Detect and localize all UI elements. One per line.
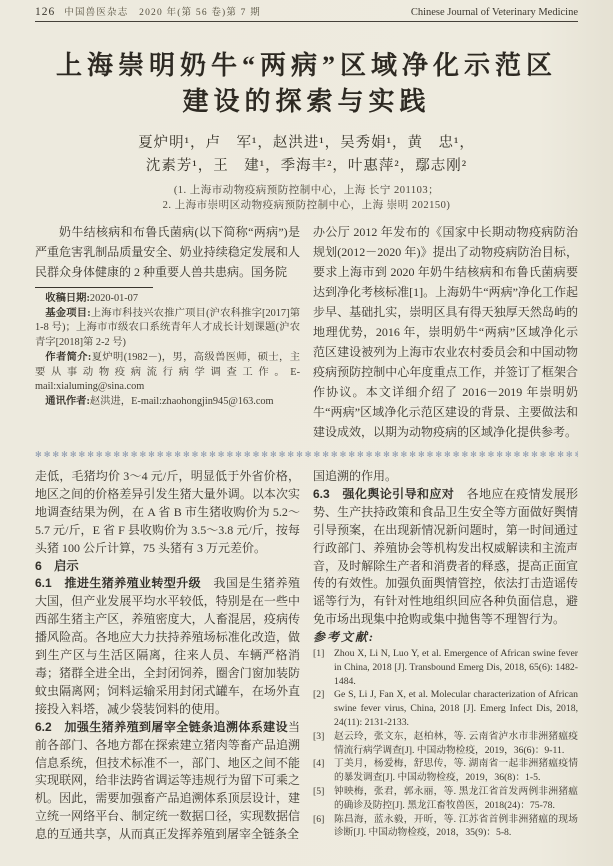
running-head: 126 中国兽医杂志 2020 年(第 56 卷)第 7 期 Chinese J… bbox=[35, 0, 578, 22]
reference-number: [5] bbox=[313, 785, 334, 813]
footnote-corresponding-author: 通讯作者:赵洪进，E-mail:zhaohongjin945@163.com bbox=[35, 395, 300, 410]
section-6-2-paragraph: 6.2 加强生猪养殖到屠宰全链条追溯体系建设当前各部门、各地方都在探索建立猪肉等… bbox=[35, 719, 300, 844]
reference-number: [3] bbox=[313, 730, 334, 758]
footnote-label: 收稿日期: bbox=[45, 293, 90, 304]
article-title: 上海崇明奶牛“两病”区域净化示范区 建设的探索与实践 bbox=[35, 48, 578, 120]
author-line2: 沈素芳¹，王 建¹，季海丰²，叶惠萍²，鄢志刚² bbox=[35, 155, 578, 178]
section-6-2-lead: 6.2 加强生猪养殖到屠宰全链条追溯体系建设 bbox=[35, 720, 288, 734]
body-paragraph: 走低，毛猪均价 3～4 元/斤，明显低于外省价格，地区之间的价格差异引发生猪大量… bbox=[35, 468, 300, 558]
section-6-1-text: 我国是生猪养殖大国，但产业发展平均水平较低，特别是在一些中西部生猪主产区，养殖密… bbox=[35, 576, 300, 715]
section-6-3-text: 各地应在疫情发展形势、生产扶持政策和食品卫生安全等方面做好舆情引导预案，在出现新… bbox=[313, 487, 578, 626]
body-columns: 走低，毛猪均价 3～4 元/斤，明显低于外省价格，地区之间的价格差异引发生猪大量… bbox=[35, 468, 578, 844]
journal-name-english: Chinese Journal of Veterinary Medicine bbox=[411, 7, 578, 18]
article-title-line2: 建设的探索与实践 bbox=[35, 84, 578, 120]
abstract-right-column: 办公厅 2012 年发布的《国家中长期动物疫病防治规划(2012－2020 年)… bbox=[313, 222, 578, 442]
running-head-left: 126 中国兽医杂志 2020 年(第 56 卷)第 7 期 bbox=[35, 4, 261, 18]
footnote-label: 作者简介: bbox=[45, 352, 91, 363]
footnote-label: 通讯作者: bbox=[45, 396, 90, 407]
reference-text: Zhou X, Li N, Luo Y, et al. Emergence of… bbox=[334, 647, 578, 688]
reference-item: [1]Zhou X, Li N, Luo Y, et al. Emergence… bbox=[313, 647, 578, 688]
abstract-columns: 奶牛结核病和布鲁氏菌病(以下简称“两病”)是严重危害乳制品质量安全、奶业持续稳定… bbox=[35, 222, 578, 442]
section-6-1-paragraph: 6.1 推进生猪养殖业转型升级 我国是生猪养殖大国，但产业发展平均水平较低，特别… bbox=[35, 575, 300, 718]
body-right-column: 国追溯的作用。 6.3 强化舆论引导和应对 各地应在疫情发展形势、生产扶持政策和… bbox=[313, 468, 578, 844]
affiliation-line2: 2. 上海市崇明区动物疫病预防控制中心，上海 崇明 202150) bbox=[35, 198, 578, 213]
section-6-3-lead: 6.3 强化舆论引导和应对 bbox=[313, 487, 454, 501]
reference-item: [2]Ge S, Li J, Fan X, et al. Molecular c… bbox=[313, 688, 578, 729]
journal-page: 126 中国兽医杂志 2020 年(第 56 卷)第 7 期 Chinese J… bbox=[0, 0, 613, 866]
reference-item: [3]赵云玲，张文东，赵柏林，等. 云南省泸水市非洲猪瘟疫情流行病学调查[J].… bbox=[313, 730, 578, 758]
footnote-fund-project: 基金项目:上海市科技兴农推广项目(沪农科推字[2017]第 1-8 号)；上海市… bbox=[35, 307, 300, 351]
body-left-column: 走低，毛猪均价 3～4 元/斤，明显低于外省价格，地区之间的价格差异引发生猪大量… bbox=[35, 468, 300, 844]
author-list: 夏炉明¹，卢 军¹，赵洪进¹，吴秀娟¹，黄 忠¹， 沈素芳¹，王 建¹，季海丰²… bbox=[35, 132, 578, 178]
references-heading: 参考文献: bbox=[313, 629, 578, 647]
reference-text: 赵云玲，张文东，赵柏林，等. 云南省泸水市非洲猪瘟疫情流行病学调查[J]. 中国… bbox=[334, 730, 578, 758]
footnote-block: 收稿日期:2020-01-07 基金项目:上海市科技兴农推广项目(沪农科推字[2… bbox=[35, 287, 300, 410]
abstract-paragraph-right: 办公厅 2012 年发布的《国家中长期动物疫病防治规划(2012－2020 年)… bbox=[313, 222, 578, 442]
footnote-text: 2020-01-07 bbox=[90, 293, 138, 304]
continuation-paragraph: 国追溯的作用。 bbox=[313, 468, 578, 486]
abstract-left-column: 奶牛结核病和布鲁氏菌病(以下简称“两病”)是严重危害乳制品质量安全、奶业持续稳定… bbox=[35, 222, 300, 442]
author-line1: 夏炉明¹，卢 军¹，赵洪进¹，吴秀娟¹，黄 忠¹， bbox=[35, 132, 578, 155]
footnote-label: 基金项目: bbox=[45, 308, 90, 319]
article-title-line1: 上海崇明奶牛“两病”区域净化示范区 bbox=[35, 48, 578, 84]
reference-number: [6] bbox=[313, 813, 334, 841]
affiliation-line1: (1. 上海市动物疫病预防控制中心，上海 长宁 201103； bbox=[35, 183, 578, 198]
page-number: 126 bbox=[35, 6, 55, 18]
reference-item: [6]陈昌海，蓝永毅，开昕，等. 江苏省首例非洲猪瘟的现场诊断[J]. 中国动物… bbox=[313, 813, 578, 841]
footnote-text: 赵洪进，E-mail:zhaohongjin945@163.com bbox=[90, 396, 274, 407]
reference-text: Ge S, Li J, Fan X, et al. Molecular char… bbox=[334, 688, 578, 729]
journal-name-chinese: 中国兽医杂志 2020 年(第 56 卷)第 7 期 bbox=[64, 4, 261, 18]
section-6-3-paragraph: 6.3 强化舆论引导和应对 各地应在疫情发展形势、生产扶持政策和食品卫生安全等方… bbox=[313, 486, 578, 629]
section-6-1-lead: 6.1 推进生猪养殖业转型升级 bbox=[35, 576, 201, 590]
section-6-2-text: 当前各部门、各地方都在探索建立猪肉等畜产品追溯信息系统，但技术标准不一，部门、地… bbox=[35, 720, 300, 841]
section-heading-6: 6 启示 bbox=[35, 558, 300, 576]
footnote-author-bio: 作者简介:夏炉明(1982－)，男，高级兽医师，硕士，主要从事动物疫病流行病学调… bbox=[35, 351, 300, 395]
footnote-received-date: 收稿日期:2020-01-07 bbox=[35, 292, 300, 307]
reference-item: [5]钟映梅，张君，郭永丽，等. 黑龙江省首发两例非洲猪瘟的确诊及防控[J]. … bbox=[313, 785, 578, 813]
reference-text: 钟映梅，张君，郭永丽，等. 黑龙江省首发两例非洲猪瘟的确诊及防控[J]. 黑龙江… bbox=[334, 785, 578, 813]
reference-number: [2] bbox=[313, 688, 334, 729]
reference-text: 丁美月，杨爱梅，舒思传，等. 湖南省一起非洲猪瘟疫情的暴发调查[J]. 中国动物… bbox=[334, 757, 578, 785]
reference-text: 陈昌海，蓝永毅，开昕，等. 江苏省首例非洲猪瘟的现场诊断[J]. 中国动物检疫，… bbox=[334, 813, 578, 841]
ornamental-divider: ✻✻✻✻✻✻✻✻✻✻✻✻✻✻✻✻✻✻✻✻✻✻✻✻✻✻✻✻✻✻✻✻✻✻✻✻✻✻✻✻… bbox=[35, 449, 578, 461]
reference-item: [4]丁美月，杨爱梅，舒思传，等. 湖南省一起非洲猪瘟疫情的暴发调查[J]. 中… bbox=[313, 757, 578, 785]
reference-number: [1] bbox=[313, 647, 334, 688]
reference-number: [4] bbox=[313, 757, 334, 785]
abstract-paragraph-left: 奶牛结核病和布鲁氏菌病(以下简称“两病”)是严重危害乳制品质量安全、奶业持续稳定… bbox=[35, 222, 300, 282]
affiliations: (1. 上海市动物疫病预防控制中心，上海 长宁 201103； 2. 上海市崇明… bbox=[35, 183, 578, 213]
